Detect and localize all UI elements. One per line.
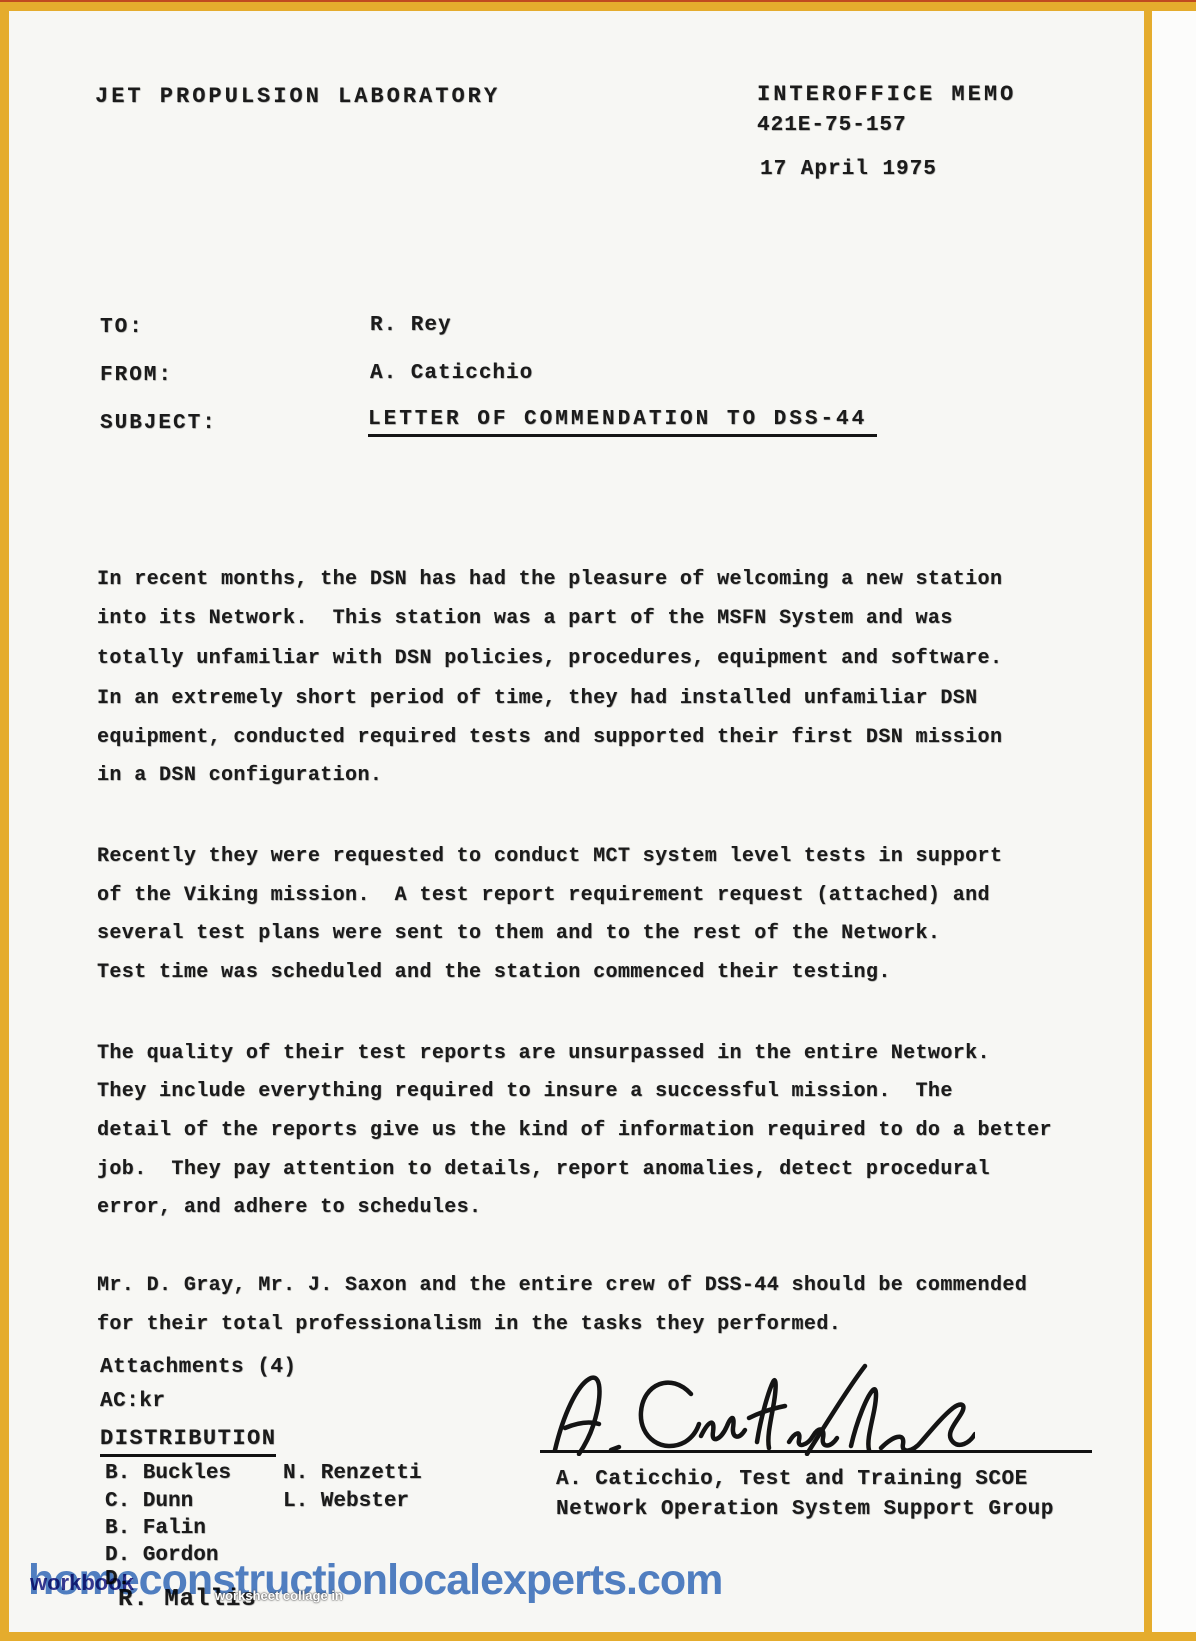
to-label: TO: [100,316,144,339]
body-line: Test time was scheduled and the station … [97,961,891,984]
memo-date: 17 April 1975 [760,158,937,181]
body-line: of the Viking mission. A test report req… [97,884,990,907]
memo-type: INTEROFFICE MEMO [757,82,1016,107]
distribution-name: B. Buckles [105,1462,231,1485]
scan-edge-left [0,0,9,1641]
signature-rule [540,1450,1092,1453]
subject-value: LETTER OF COMMENDATION TO DSS-44 [368,408,877,437]
signer-organization: Network Operation System Support Group [556,1498,1054,1521]
scanned-memo-page: JET PROPULSION LABORATORY INTEROFFICE ME… [0,0,1196,1641]
body-line: totally unfamiliar with DSN policies, pr… [97,647,1002,670]
body-line: error, and adhere to schedules. [97,1196,481,1219]
distribution-title: DISTRIBUTION [100,1426,276,1457]
attachments-note: Attachments (4) [100,1356,297,1379]
body-line: in a DSN configuration. [97,764,382,787]
watermark-small-text: workbook [30,1570,134,1596]
body-line: Recently they were requested to conduct … [97,845,1002,868]
body-line: detail of the reports give us the kind o… [97,1119,1052,1142]
scan-edge-right [1144,0,1152,1641]
signer-name-title: A. Caticchio, Test and Training SCOE [556,1468,1028,1491]
distribution-name: N. Renzetti [283,1462,422,1485]
to-value: R. Rey [370,314,452,337]
body-line: In an extremely short period of time, th… [97,687,978,710]
memo-number: 421E-75-157 [757,114,907,137]
body-line: for their total professionalism in the t… [97,1313,841,1336]
reference-initials: AC:kr [100,1390,166,1413]
body-line: equipment, conducted required tests and … [97,726,1002,749]
distribution-name: B. Falin [105,1517,206,1540]
body-line: The quality of their test reports are un… [97,1042,990,1065]
distribution-name: C. Dunn [105,1490,193,1513]
from-label: FROM: [100,364,173,387]
scan-edge-bottom [0,1632,1196,1641]
body-line: They include everything required to insu… [97,1080,953,1103]
signature-handwriting [545,1358,975,1456]
body-line: several test plans were sent to them and… [97,922,940,945]
body-line: into its Network. This station was a par… [97,607,953,630]
body-line: Mr. D. Gray, Mr. J. Saxon and the entire… [97,1274,1027,1297]
company-name: JET PROPULSION LABORATORY [95,84,500,109]
distribution-name: L. Webster [283,1490,409,1513]
watermark-tiny-text: worksheet collage in [215,1588,343,1603]
scan-edge-top [0,2,1196,11]
body-line: job. They pay attention to details, repo… [97,1158,990,1181]
body-line: In recent months, the DSN has had the pl… [97,568,1002,591]
scan-edge-top-line [0,0,1196,2]
from-value: A. Caticchio [370,362,533,385]
subject-label: SUBJECT: [100,412,217,435]
